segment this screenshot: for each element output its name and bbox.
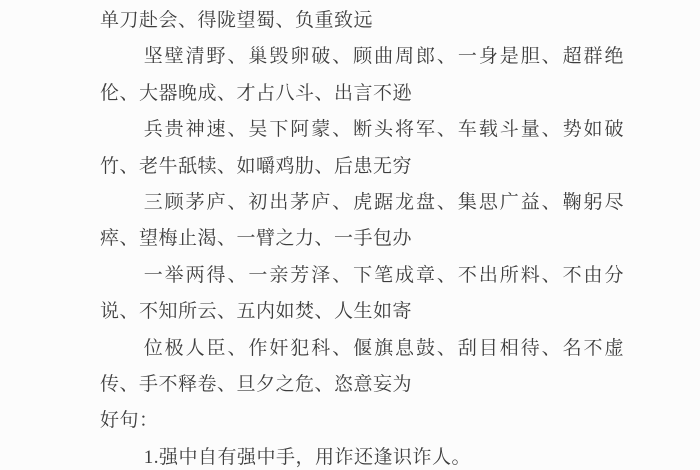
idiom-list: 一举两得、一亲芳泽、下笔成章、不出所料、不由分说、不知所云、五内如焚、人生如寄 [100, 258, 624, 331]
idiom-list: 兵贵神速、吴下阿蒙、断头将军、车载斗量、势如破竹、老牛舐犊、如嚼鸡肋、后患无穷 [100, 112, 624, 185]
document-page: 单刀赴会、得陇望蜀、负重致远坚壁清野、巢毁卵破、顾曲周郎、一身是胆、超群绝伦、大… [0, 0, 700, 470]
idiom-list-continuation: 单刀赴会、得陇望蜀、负重致远 [100, 3, 624, 39]
idiom-list: 坚壁清野、巢毁卵破、顾曲周郎、一身是胆、超群绝伦、大器晚成、才占八斗、出言不逊 [100, 39, 624, 112]
idiom-list: 位极人臣、作奸犯科、偃旗息鼓、刮目相待、名不虚传、手不释卷、旦夕之危、恣意妄为 [100, 331, 624, 404]
numbered-sentence: 1.强中自有强中手，用诈还逢识诈人。 [100, 440, 624, 470]
document-body: 单刀赴会、得陇望蜀、负重致远坚壁清野、巢毁卵破、顾曲周郎、一身是胆、超群绝伦、大… [0, 3, 700, 470]
idiom-list: 三顾茅庐、初出茅庐、虎踞龙盘、集思广益、鞠躬尽瘁、望梅止渴、一臂之力、一手包办 [100, 185, 624, 258]
section-heading: 好句： [100, 403, 624, 439]
